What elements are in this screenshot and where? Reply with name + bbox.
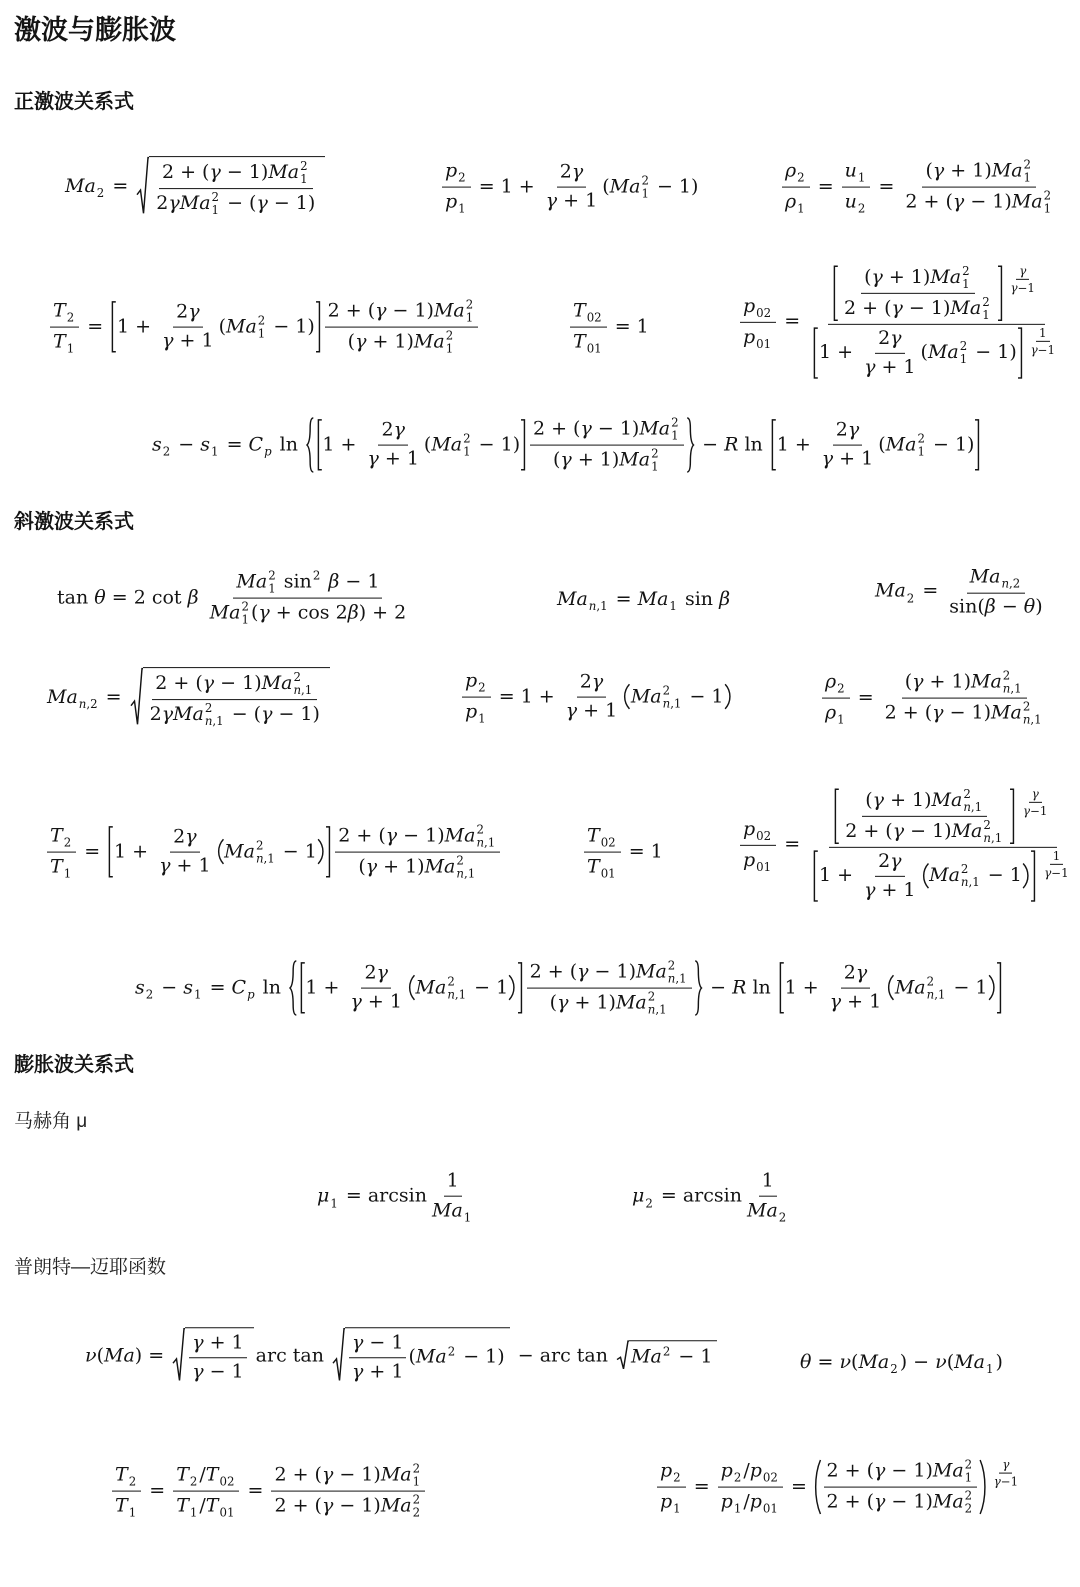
section-heading-oblique-shock: 斜激波关系式 xyxy=(14,505,134,534)
formula-normal-rho-ratio: ρ2ρ1 = u1u2 = (γ + 1)Ma212 + (γ − 1)Ma21 xyxy=(780,159,1058,216)
formula-oblique-man2: Man,2 = 2 + (γ − 1)Ma2n,12γMa2n,1 − (γ −… xyxy=(47,667,332,729)
formula-oblique-ma2: Ma2 = Man,2sin(β − θ) xyxy=(875,565,1048,620)
label-mach-angle: 马赫角 μ xyxy=(14,1106,87,1133)
formula-normal-p-ratio: p2p1 = 1 + 2γγ + 1(Ma21 − 1) xyxy=(440,159,698,216)
formula-oblique-man1: Man,1 = Ma1 sin β xyxy=(557,587,730,613)
formula-normal-t0-ratio: T02T01 = 1 xyxy=(568,299,649,356)
formula-sheet-page: 激波与膨胀波 正激波关系式 Ma2 = 2 + (γ − 1)Ma212γMa2… xyxy=(0,0,1080,1587)
formula-normal-t-ratio: T2T1 = 1 + 2γγ + 1(Ma21 − 1)2 + (γ − 1)M… xyxy=(48,299,480,356)
formula-oblique-t0-ratio: T02T01 = 1 xyxy=(582,824,663,881)
page-title: 激波与膨胀波 xyxy=(14,8,176,47)
formula-expansion-p-ratio: p2p1 = p2/p02p1/p01 = 2 + (γ − 1)Ma212 +… xyxy=(655,1459,1025,1516)
section-heading-normal-shock: 正激波关系式 xyxy=(14,85,134,114)
formula-normal-ma2: Ma2 = 2 + (γ − 1)Ma212γMa21 − (γ − 1) xyxy=(65,156,327,218)
formula-expansion-t-ratio: T2T1 = T2/T02T1/T01 = 2 + (γ − 1)Ma212 +… xyxy=(110,1463,427,1520)
formula-mu1: μ1 = arcsin1Ma1 xyxy=(317,1170,478,1225)
formula-oblique-p-ratio: p2p1 = 1 + 2γγ + 1Ma2n,1 − 1 xyxy=(460,669,732,726)
formula-normal-entropy: s2 − s1 = Cp ln 1 + 2γγ + 1(Ma21 − 1)2 +… xyxy=(152,417,982,474)
formula-oblique-theta-beta: tan θ = 2 cot β Ma21 sin2 β − 1Ma21(γ + … xyxy=(57,570,411,627)
formula-oblique-entropy: s2 − s1 = Cp ln 1 + 2γγ + 1Ma2n,1 − 12 +… xyxy=(135,960,1004,1017)
section-heading-expansion-wave: 膨胀波关系式 xyxy=(14,1048,134,1077)
formula-mu2: μ2 = arcsin1Ma2 xyxy=(632,1170,793,1225)
formula-oblique-p0-ratio: p02p01 = (γ + 1)Ma2n,12 + (γ − 1)Ma2n,1γ… xyxy=(738,788,1080,902)
formula-turn-angle: θ = ν(Ma2) − ν(Ma1) xyxy=(800,1350,1003,1376)
formula-prandtl-meyer-nu: ν(Ma) = γ + 1γ − 1arc tan γ − 1γ + 1(Ma2… xyxy=(85,1327,719,1385)
formula-normal-p0-ratio: p02p01 = (γ + 1)Ma212 + (γ − 1)Ma21γγ−11… xyxy=(738,265,1067,379)
label-prandtl-meyer: 普朗特—迈耶函数 xyxy=(14,1252,166,1279)
formula-oblique-t-ratio: T2T1 = 1 + 2γγ + 1Ma2n,1 − 12 + (γ − 1)M… xyxy=(45,824,502,881)
formula-oblique-rho-ratio: ρ2ρ1 = (γ + 1)Ma2n,12 + (γ − 1)Ma2n,1 xyxy=(820,670,1049,727)
